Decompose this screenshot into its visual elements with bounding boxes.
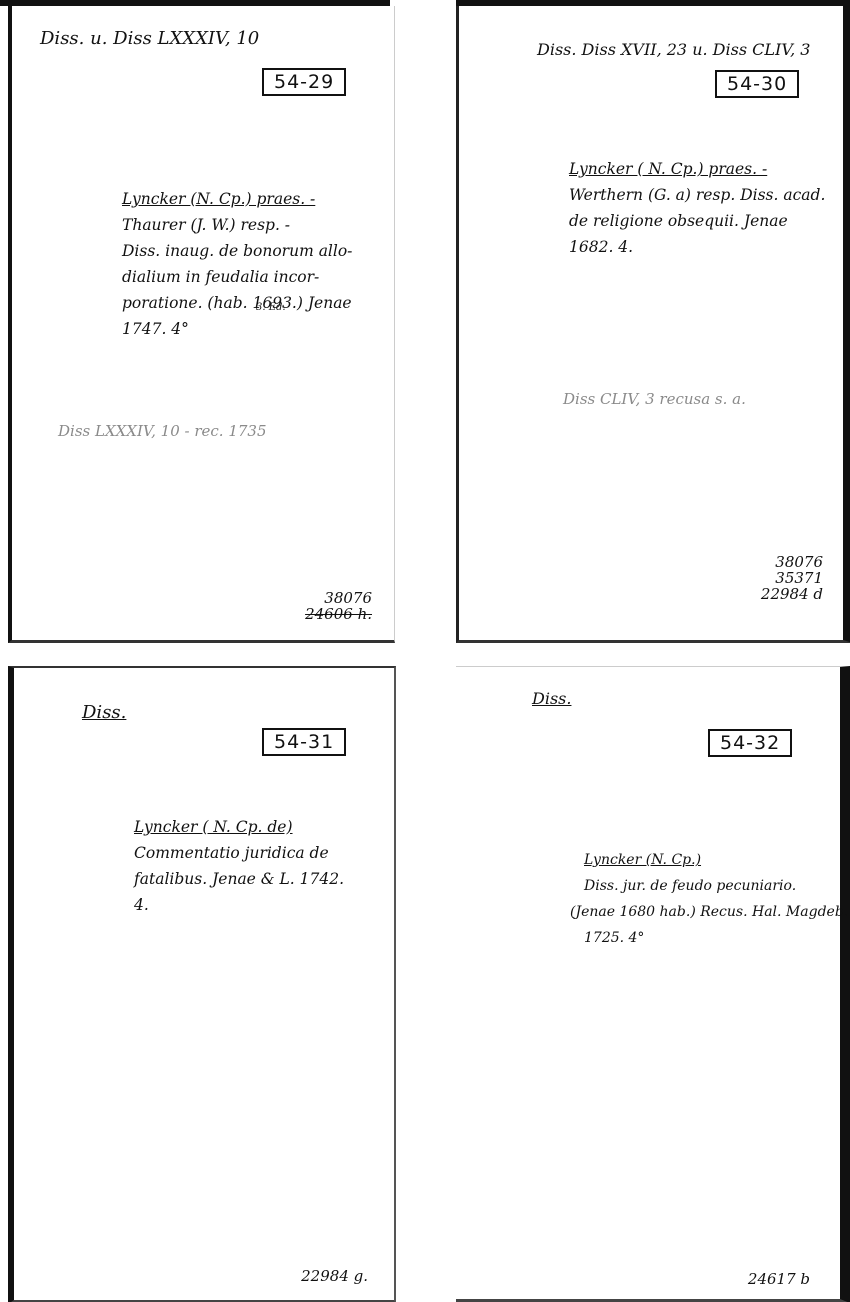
entry-line: Diss. inaug. de bonorum allo-: [122, 238, 352, 264]
card-entry: Lyncker ( N. Cp. de) Commentatio juridic…: [134, 814, 344, 918]
entry-line: Lyncker (N. Cp.): [584, 847, 848, 873]
entry-line: dialium in feudalia incor-: [122, 264, 352, 290]
entry-line: Thaurer (J. W.) resp. -: [122, 212, 352, 238]
entry-line: de religione obsequii. Jenae: [569, 208, 825, 234]
accession-numbers: 38076 35371 22984 d: [761, 554, 823, 602]
pencil-note: Diss LXXXIV, 10 - rec. 1735: [58, 422, 267, 440]
catalog-card-54-30: Diss. Diss XVII, 23 u. Diss CLIV, 3 54-3…: [456, 6, 850, 643]
entry-line: fatalibus. Jenae & L. 1742.: [134, 866, 344, 892]
entry-line: Diss. jur. de feudo pecuniario.: [584, 873, 848, 899]
card-entry: Lyncker (N. Cp.) praes. - Thaurer (J. W.…: [122, 186, 352, 342]
shelf-note: Diss. u. Diss LXXXIV, 10: [40, 28, 259, 49]
entry-line: Commentatio juridica de: [134, 840, 344, 866]
call-number: 54-31: [262, 728, 346, 756]
call-number: 54-32: [708, 729, 792, 757]
entry-line: 1747. 4°: [122, 316, 352, 342]
entry-line: poratione. (hab. 1693.) Jenae: [122, 290, 352, 316]
accession-number: 22984 g.: [301, 1268, 368, 1284]
accession-number: 35371: [761, 570, 823, 586]
accession-number: 38076: [305, 590, 372, 606]
entry-line: (Jenae 1680 hab.) Recus. Hal. Magdeb.: [570, 899, 848, 925]
catalog-card-54-29: Diss. u. Diss LXXXIV, 10 54-29 3. Ed. Ly…: [8, 6, 395, 643]
shelf-note: Diss.: [532, 689, 571, 708]
call-number: 54-30: [715, 70, 799, 98]
accession-numbers: 22984 g.: [301, 1268, 368, 1284]
entry-line: Lyncker ( N. Cp. de): [134, 814, 344, 840]
catalog-card-54-32: Diss. 54-32 Lyncker (N. Cp.) Diss. jur. …: [456, 666, 850, 1302]
accession-number: 38076: [761, 554, 823, 570]
shelf-note: Diss.: [82, 702, 126, 723]
card-entry: Lyncker ( N. Cp.) praes. - Werthern (G. …: [569, 156, 825, 260]
entry-line: 1682. 4.: [569, 234, 825, 260]
pencil-note: Diss CLIV, 3 recusa s. a.: [563, 390, 746, 408]
entry-line: 1725. 4°: [584, 925, 848, 951]
entry-line: Lyncker (N. Cp.) praes. -: [122, 186, 352, 212]
accession-numbers: 38076 24606 h.: [305, 590, 372, 622]
accession-numbers: 24617 b: [748, 1271, 810, 1287]
entry-line: Werthern (G. a) resp. Diss. acad.: [569, 182, 825, 208]
card-gutter-horizontal: [0, 640, 850, 666]
call-number: 54-29: [262, 68, 346, 96]
catalog-card-54-31: Diss. 54-31 Lyncker ( N. Cp. de) Comment…: [8, 666, 396, 1302]
entry-line: Lyncker ( N. Cp.) praes. -: [569, 156, 825, 182]
shelf-note: Diss. Diss XVII, 23 u. Diss CLIV, 3: [537, 40, 810, 59]
entry-line: 4.: [134, 892, 344, 918]
accession-number: 24617 b: [748, 1271, 810, 1287]
card-entry: Lyncker (N. Cp.) Diss. jur. de feudo pec…: [584, 847, 848, 951]
accession-number: 24606 h.: [305, 606, 372, 622]
accession-number: 22984 d: [761, 586, 823, 602]
